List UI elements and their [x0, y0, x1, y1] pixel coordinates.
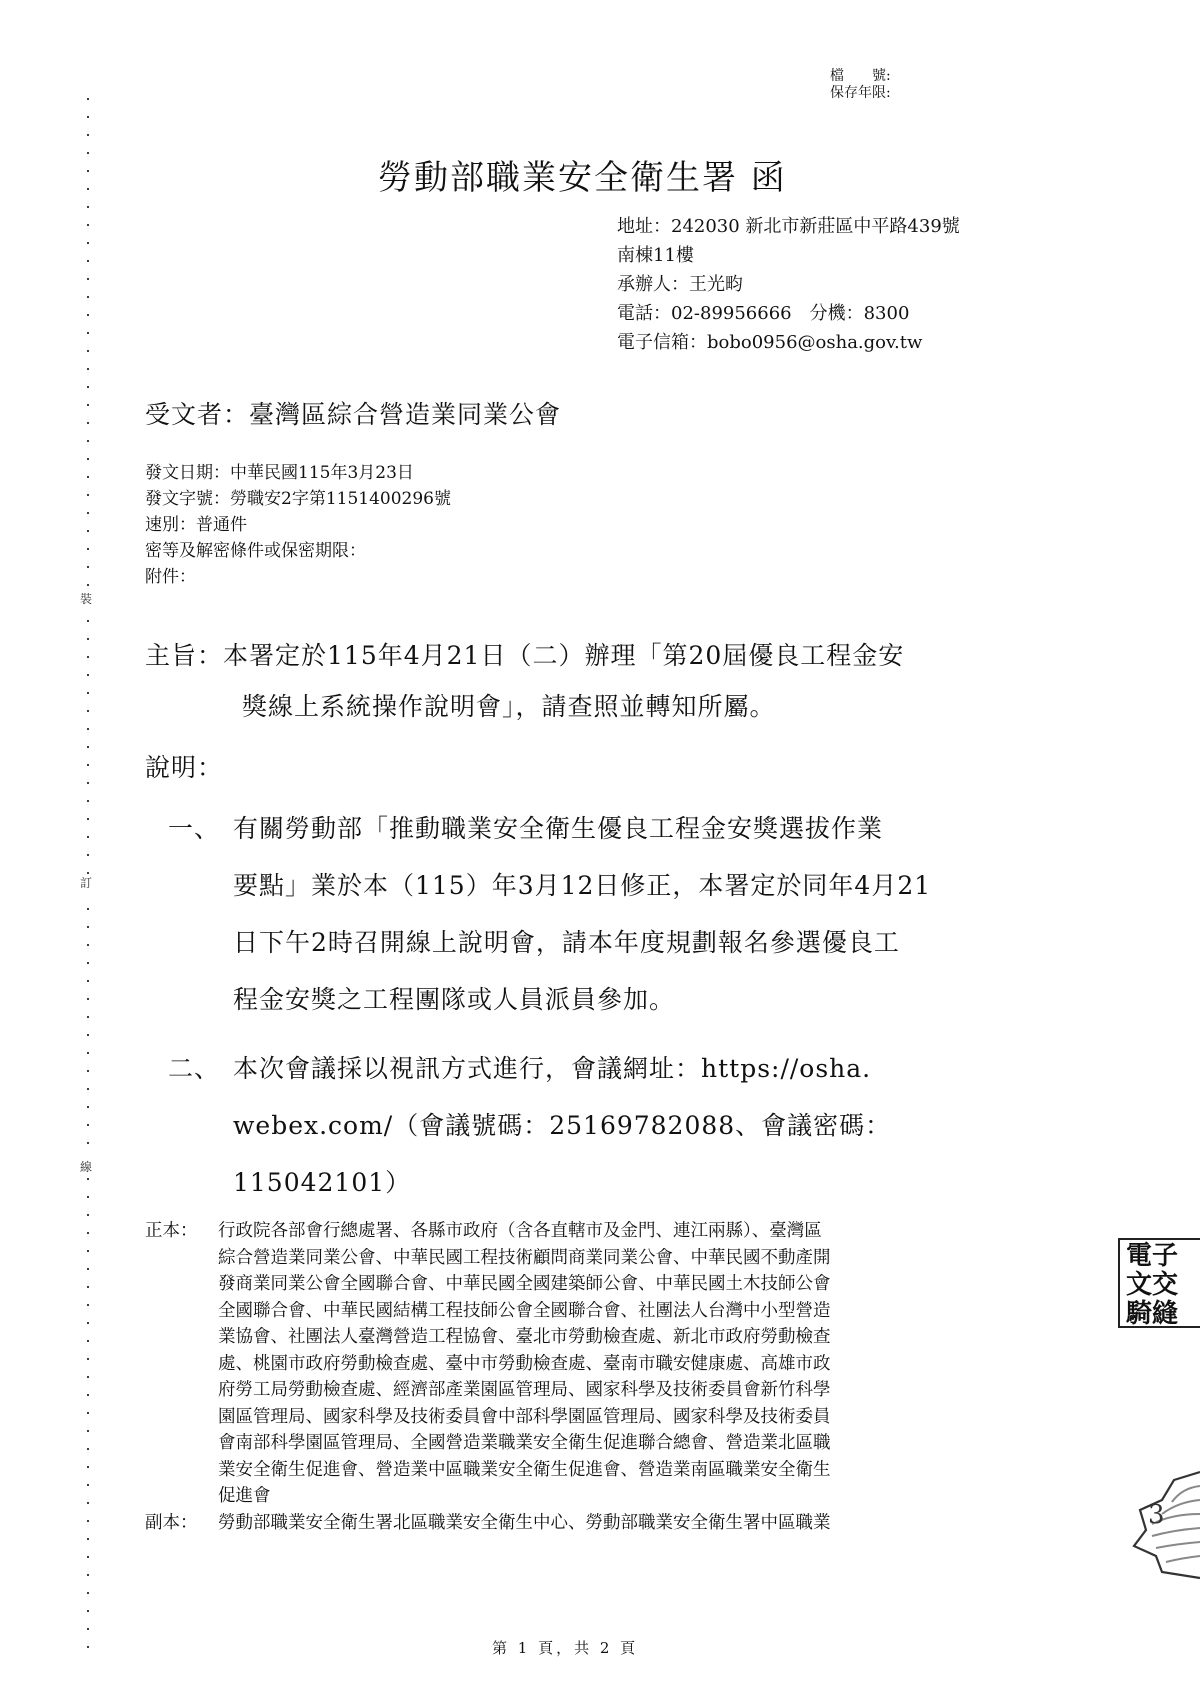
seal-number: 3 [1148, 1500, 1165, 1530]
sender-address-line1: 地址：242030 新北市新莊區中平路439號 [617, 212, 960, 241]
binding-dotted-line [87, 90, 89, 1650]
attachments: 附件： [145, 564, 451, 590]
recipient: 受文者：臺灣區綜合營造業同業公會 [145, 395, 561, 431]
binding-mark-zhuang: 裝 [80, 590, 92, 608]
sender-phone: 電話：02-89956666 分機：8300 [617, 299, 960, 328]
explanation-label: 說明： [145, 748, 223, 784]
explanation-list: 一、 有關勞動部「推動職業安全衛生優良工程金安獎選拔作業 要點」業於本（115）… [168, 800, 1088, 1211]
dist-line: 發商業同業公會全國聯合會、中華民國全國建築師公會、中華民國土木技師公會 [218, 1271, 1075, 1298]
item-line: 要點」業於本（115）年3月12日修正，本署定於同年4月21 [233, 857, 1088, 914]
item-line: 115042101） [233, 1154, 1088, 1211]
item-number: 一、 [168, 800, 220, 857]
stamp-line: 騎縫 [1126, 1300, 1200, 1328]
dist-line: 園區管理局、國家科學及技術委員會中部科學園區管理局、國家科學及技術委員 [218, 1404, 1075, 1431]
dist-line: 綜合營造業同業公會、中華民國工程技術顧問商業同業公會、中華民國不動產開 [218, 1245, 1075, 1272]
item-line: 有關勞動部「推動職業安全衛生優良工程金安獎選拔作業 [233, 800, 1088, 857]
page-footer: 第 1 頁，共 2 頁 [492, 1637, 638, 1658]
item-line: 程金安獎之工程團隊或人員派員參加。 [233, 971, 1088, 1028]
dist-line: 全國聯合會、中華民國結構工程技師公會全國聯合會、社團法人台灣中小型營造 [218, 1298, 1075, 1325]
dist-line: 處、桃園市政府勞動檢查處、臺中市勞動檢查處、臺南市職安健康處、高雄市政 [218, 1351, 1075, 1378]
sender-address-line2: 南棟11樓 [617, 241, 960, 270]
sender-contact-person: 承辦人：王光畇 [617, 270, 960, 299]
dist-line: 行政院各部會行總處署、各縣市政府（含各直轄市及金門、連江兩縣）、臺灣區 [218, 1218, 1075, 1245]
dist-line: 促進會 [218, 1483, 1075, 1510]
original-recipients: 正本： 行政院各部會行總處署、各縣市政府（含各直轄市及金門、連江兩縣）、臺灣區 … [145, 1218, 1075, 1510]
distribution-list: 正本： 行政院各部會行總處署、各縣市政府（含各直轄市及金門、連江兩縣）、臺灣區 … [145, 1218, 1075, 1536]
dist-line: 府勞工局勞動檢查處、經濟部產業園區管理局、國家科學及技術委員會新竹科學 [218, 1377, 1075, 1404]
file-number-label: 檔 號: [830, 68, 891, 85]
priority: 速別：普通件 [145, 512, 451, 538]
copy-label: 副本： [145, 1510, 198, 1537]
binding-mark-ding: 訂 [80, 874, 92, 892]
document-meta: 發文日期：中華民國115年3月23日 發文字號：勞職安2字第1151400296… [145, 460, 451, 590]
issue-date: 發文日期：中華民國115年3月23日 [145, 460, 451, 486]
sender-email: 電子信箱：bobo0956@osha.gov.tw [617, 328, 960, 357]
dist-line: 業安全衛生促進會、營造業中區職業安全衛生促進會、營造業南區職業安全衛生 [218, 1457, 1075, 1484]
item-line-meeting-url[interactable]: 本次會議採以視訊方式進行，會議網址：https://osha. [233, 1040, 1088, 1097]
binding-mark-xian: 線 [80, 1158, 92, 1176]
retention-period-label: 保存年限: [830, 85, 891, 102]
subject: 主旨：本署定於115年4月21日（二）辦理「第20屆優良工程金安 獎線上系統操作… [145, 630, 1085, 732]
electronic-exchange-stamp: 電子 文交 騎縫 [1118, 1238, 1200, 1328]
item-line: webex.com/（會議號碼：25169782088、會議密碼： [233, 1097, 1088, 1154]
file-meta: 檔 號: 保存年限: [830, 68, 891, 102]
subject-line1: 本署定於115年4月21日（二）辦理「第20屆優良工程金安 [223, 641, 904, 670]
document-title: 勞動部職業安全衛生署 函 [378, 150, 787, 199]
classification: 密等及解密條件或保密期限： [145, 538, 451, 564]
explanation-item-1: 一、 有關勞動部「推動職業安全衛生優良工程金安獎選拔作業 要點」業於本（115）… [168, 800, 1088, 1028]
dist-line: 勞動部職業安全衛生署北區職業安全衛生中心、勞動部職業安全衛生署中區職業 [218, 1510, 1075, 1537]
subject-label: 主旨： [145, 630, 223, 681]
item-number: 二、 [168, 1040, 220, 1097]
dist-line: 業協會、社團法人臺灣營造工程協會、臺北市勞動檢查處、新北市政府勞動檢查 [218, 1324, 1075, 1351]
explanation-item-2: 二、 本次會議採以視訊方式進行，會議網址：https://osha. webex… [168, 1040, 1088, 1211]
copy-recipients: 副本： 勞動部職業安全衛生署北區職業安全衛生中心、勞動部職業安全衛生署中區職業 [145, 1510, 1075, 1537]
stamp-line: 文交 [1126, 1271, 1200, 1300]
subject-line2: 獎線上系統操作說明會」，請查照並轉知所屬。 [145, 681, 1085, 732]
document-number: 發文字號：勞職安2字第1151400296號 [145, 486, 451, 512]
item-line: 日下午2時召開線上說明會，請本年度規劃報名參選優良工 [233, 914, 1088, 971]
dist-line: 會南部科學園區管理局、全國營造業職業安全衛生促進聯合總會、營造業北區職 [218, 1430, 1075, 1457]
sender-info: 地址：242030 新北市新莊區中平路439號 南棟11樓 承辦人：王光畇 電話… [617, 212, 960, 357]
stamp-line: 電子 [1126, 1242, 1200, 1271]
original-label: 正本： [145, 1218, 198, 1245]
